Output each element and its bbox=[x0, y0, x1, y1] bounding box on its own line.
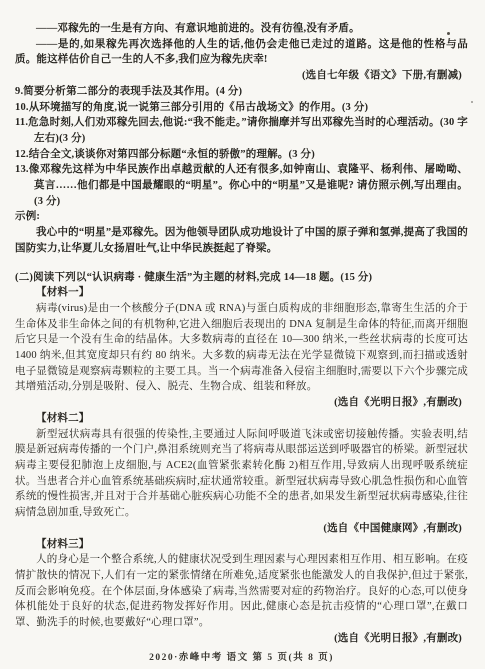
material-three-title: 【材料三】 bbox=[36, 537, 468, 553]
material-two-source: (选自《中国健康网》,有删改) bbox=[15, 521, 468, 537]
exam-page: ——邓稼先的一生是有方向、有意识地前进的。没有彷徨,没有矛盾。 ——是的,如果稼… bbox=[0, 0, 485, 669]
excerpt-paragraph: ——邓稼先的一生是有方向、有意识地前进的。没有彷徨,没有矛盾。 bbox=[15, 21, 468, 37]
question-9: 9.简要分析第二部分的表现手法及其作用。(4 分) bbox=[15, 84, 468, 100]
excerpt-paragraph: ——是的,如果稼先再次选择他的人生的话,他仍会走他已走过的道路。这是他的性格与品… bbox=[15, 37, 468, 68]
scan-speck bbox=[447, 32, 450, 35]
question-13: 13.像邓稼先这样为中华民族作出卓越贡献的人还有很多,如钟南山、袁隆平、杨利伟、… bbox=[15, 162, 468, 209]
material-three-source: (选自《光明日报》,有删改) bbox=[15, 631, 468, 647]
material-one-source: (选自《光明日报》,有删改) bbox=[15, 395, 468, 411]
material-two-text: 新型冠状病毒具有很强的传染性,主要通过人际间呼吸道飞沫或密切接触传播。实验表明,… bbox=[15, 427, 468, 521]
material-one-title: 【材料一】 bbox=[36, 285, 468, 301]
reading-section-two: (二)阅读下列以“认识病毒 · 健康生活”为主题的材料,完成 14—18 题。(… bbox=[15, 270, 468, 647]
example-text: 我心中的“明星”是邓稼先。因为他领导团队成功地设计了中国的原子弹和氢弹,提高了我… bbox=[15, 225, 468, 256]
section-two-header: (二)阅读下列以“认识病毒 · 健康生活”为主题的材料,完成 14—18 题。(… bbox=[15, 270, 468, 286]
material-three-text: 人的身心是一个整合系统,人的健康状况受到生理因素与心理因素相互作用、相互影响。在… bbox=[15, 552, 468, 631]
source-attribution: (选自七年级《语文》下册,有删减) bbox=[15, 68, 468, 84]
material-one-text: 病毒(virus)是由一个核酸分子(DNA 或 RNA)与蛋白质构成的非细胞形态… bbox=[15, 301, 468, 395]
question-12: 12.结合全文,谈谈你对第四部分标题“永恒的骄傲”的理解。(3 分) bbox=[15, 147, 468, 163]
question-11: 11.危急时刻,人们劝邓稼先回去,他说:“我不能走。”请你揣摩并写出邓稼先当时的… bbox=[15, 115, 468, 146]
question-10: 10.从环境描写的角度,说一说第三部分引用的《吊古战场文》的作用。(3 分) bbox=[15, 100, 468, 116]
reading-section-one: ——邓稼先的一生是有方向、有意识地前进的。没有彷徨,没有矛盾。 ——是的,如果稼… bbox=[15, 21, 468, 257]
page-footer: 2020·赤峰中考 语文 第 5 页(共 8 页) bbox=[15, 651, 468, 667]
scan-speck bbox=[471, 101, 473, 103]
material-two-title: 【材料二】 bbox=[36, 411, 468, 427]
example-label: 示例: bbox=[15, 209, 468, 225]
